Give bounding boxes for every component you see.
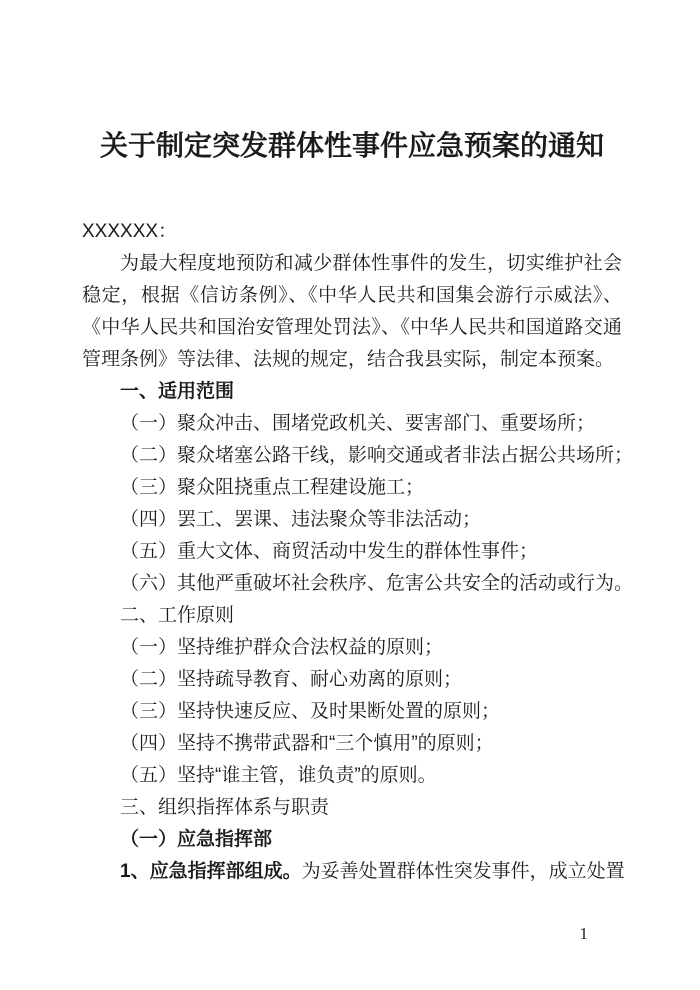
section-heading: 三、组织指挥体系与职责 [82, 792, 622, 824]
list-item: （二）坚持疏导教育、耐心劝离的原则； [82, 664, 622, 696]
document-content: 关于制定突发群体性事件应急预案的通知 XXXXXX： 为最大程度地预防和减少群体… [0, 0, 700, 888]
document-body: 一、适用范围（一）聚众冲击、围堵党政机关、要害部门、重要场所；（二）聚众堵塞公路… [82, 376, 622, 888]
list-item: （一）聚众冲击、围堵党政机关、要害部门、重要场所； [82, 408, 622, 440]
list-item: （五）重大文体、商贸活动中发生的群体性事件； [82, 536, 622, 568]
list-item: （二）聚众堵塞公路干线，影响交通或者非法占据公共场所； [82, 440, 622, 472]
list-item: （一）坚持维护群众合法权益的原则； [82, 632, 622, 664]
list-item: （四）罢工、罢课、违法聚众等非法活动； [82, 504, 622, 536]
section-heading: 一、适用范围 [82, 376, 622, 408]
page-number: 1 [580, 922, 589, 946]
list-item: （三）坚持快速反应、及时果断处置的原则； [82, 696, 622, 728]
document-title: 关于制定突发群体性事件应急预案的通知 [82, 124, 622, 168]
list-item: （六）其他严重破坏社会秩序、危害公共安全的活动或行为。 [82, 568, 622, 600]
list-item: （五）坚持“谁主管，谁负责”的原则。 [82, 760, 622, 792]
document-page: 关于制定突发群体性事件应急预案的通知 XXXXXX： 为最大程度地预防和减少群体… [0, 0, 700, 990]
list-item: （三）聚众阻挠重点工程建设施工； [82, 472, 622, 504]
numbered-paragraph: 1、应急指挥部组成。为妥善处置群体性突发事件，成立处置 [82, 856, 622, 888]
list-item: （四）坚持不携带武器和“三个慎用”的原则； [82, 728, 622, 760]
section-heading: （一）应急指挥部 [82, 824, 622, 856]
salutation: XXXXXX： [82, 216, 622, 248]
paragraph-text: 为妥善处置群体性突发事件，成立处置 [302, 861, 625, 882]
section-heading: 二、工作原则 [82, 600, 622, 632]
paragraph-lead: 1、应急指挥部组成。 [120, 861, 302, 882]
intro-paragraph: 为最大程度地预防和减少群体性事件的发生，切实维护社会稳定，根据《信访条例》、《中… [82, 248, 622, 376]
